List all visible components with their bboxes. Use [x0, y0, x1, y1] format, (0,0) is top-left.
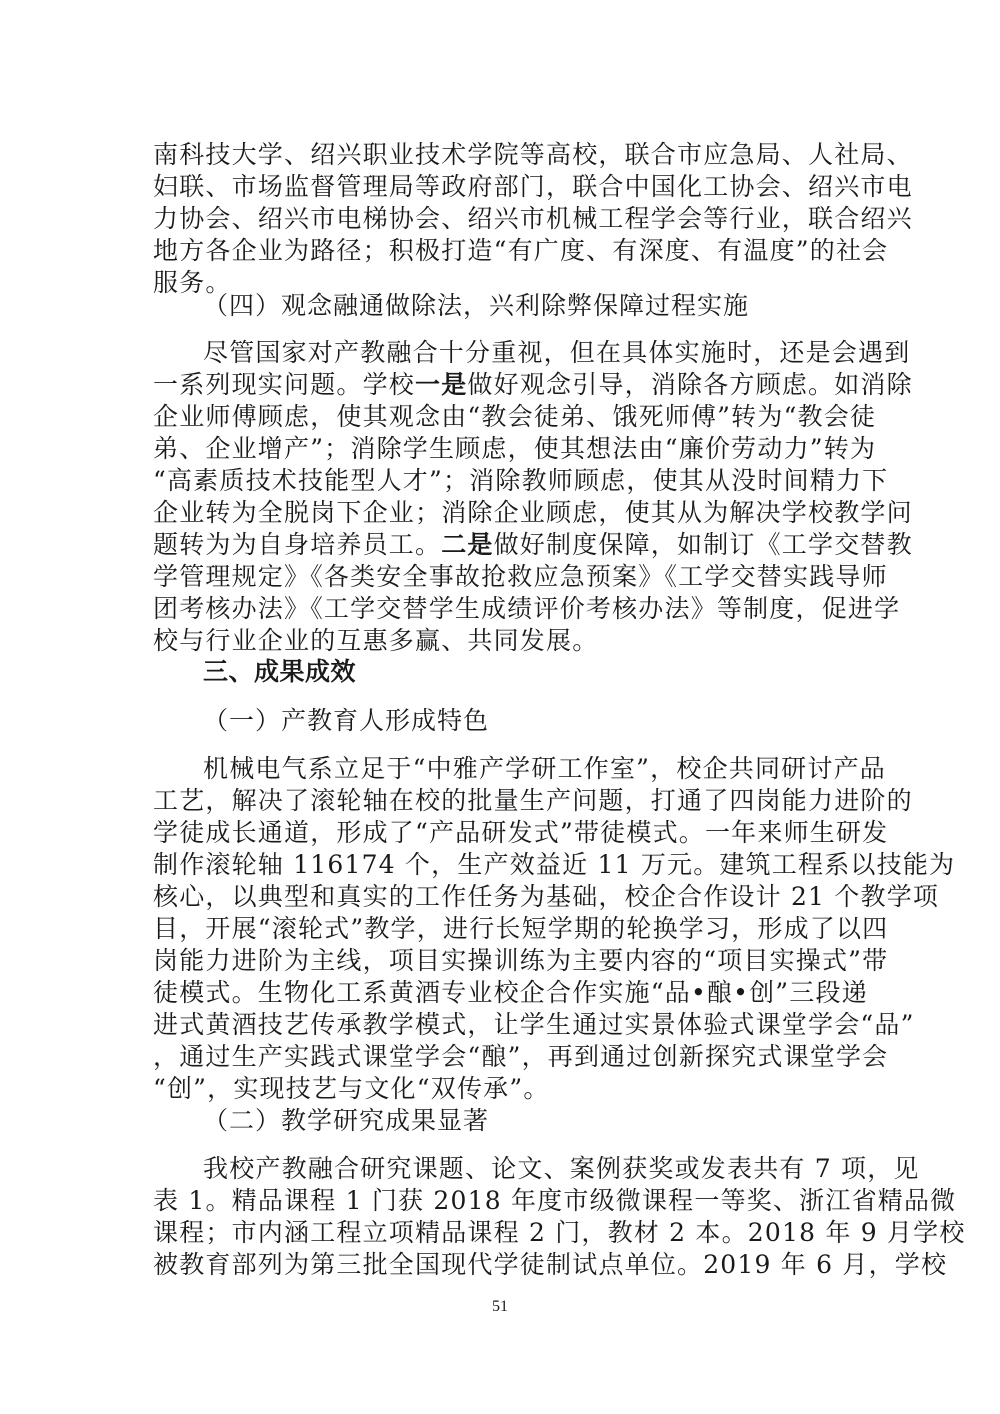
- bold-span: 二是: [441, 530, 493, 559]
- text-line: 题转为为自身培养员工。二是做好制度保障，如制订《工学交替教: [153, 529, 833, 561]
- text-line: 地方各企业为路径；积极打造“有广度、有深度、有温度”的社会: [153, 235, 833, 267]
- text-line: 尽管国家对产教融合十分重视，但在具体实施时，还是会遇到: [203, 337, 833, 369]
- document-page: 南科技大学、绍兴职业技术学院等高校，联合市应急局、人社局、 妇联、市场监督管理局…: [0, 0, 1000, 1414]
- section-heading-3: 三、成果成效: [203, 656, 883, 688]
- bold-span: 一是: [415, 370, 467, 399]
- text-line: ，通过生产实践式课堂学会“酿”，再到通过创新探究式课堂学会: [153, 1041, 833, 1073]
- text-line: 南科技大学、绍兴职业技术学院等高校，联合市应急局、人社局、: [153, 139, 833, 171]
- subsection-heading-4: （四）观念融通做除法，兴利除弊保障过程实施: [203, 290, 883, 322]
- text-line: 岗能力进阶为主线，项目实操训练为主要内容的“项目实操式”带: [153, 945, 833, 977]
- page-number: 51: [0, 1298, 1000, 1316]
- text-line: 校与行业企业的互惠多赢、共同发展。: [153, 625, 833, 657]
- text-line: 工艺，解决了滚轮轴在校的批量生产问题，打通了四岗能力进阶的: [153, 785, 833, 817]
- text-line: 徒模式。生物化工系黄酒专业校企合作实施“品•酿•创”三段递: [153, 977, 833, 1009]
- text-line: 目，开展“滚轮式”教学，进行长短学期的轮换学习，形成了以四: [153, 913, 833, 945]
- text-line: 我校产教融合研究课题、论文、案例获奖或发表共有 7 项，见: [203, 1153, 833, 1185]
- text-line: 妇联、市场监督管理局等政府部门，联合中国化工协会、绍兴市电: [153, 171, 833, 203]
- text-line: 进式黄酒技艺传承教学模式，让学生通过实景体验式课堂学会“品”: [153, 1009, 833, 1041]
- text-line: 制作滚轮轴 116174 个，生产效益近 11 万元。建筑工程系以技能为: [153, 849, 833, 881]
- text-line: 学徒成长通道，形成了“产品研发式”带徒模式。一年来师生研发: [153, 817, 833, 849]
- text-line: 企业转为全脱岗下企业；消除企业顾虑，使其从为解决学校教学问: [153, 497, 833, 529]
- text-line: 学管理规定》《各类安全事故抢救应急预案》《工学交替实践导师: [153, 561, 833, 593]
- text-line: 弟、企业增产”；消除学生顾虑，使其想法由“廉价劳动力”转为: [153, 433, 833, 465]
- text-span: 做好制度保障，如制订《工学交替教: [494, 530, 913, 559]
- text-span: 题转为为自身培养员工。: [153, 530, 441, 559]
- text-line: “创”，实现技艺与文化“双传承”。: [153, 1073, 833, 1105]
- text-span: 做好观念引导，消除各方顾虑。如消除: [467, 370, 912, 399]
- text-line: “高素质技术技能型人才”；消除教师顾虑，使其从没时间精力下: [153, 465, 833, 497]
- text-line: 团考核办法》《工学交替学生成绩评价考核办法》等制度，促进学: [153, 593, 833, 625]
- text-line: 被教育部列为第三批全国现代学徒制试点单位。2019 年 6 月，学校: [153, 1249, 833, 1281]
- text-line: 课程；市内涵工程立项精品课程 2 门，教材 2 本。2018 年 9 月学校: [153, 1217, 833, 1249]
- text-line: 核心，以典型和真实的工作任务为基础，校企合作设计 21 个教学项: [153, 881, 833, 913]
- subsection-heading-3-2: （二）教学研究成果显著: [203, 1105, 883, 1137]
- text-line: 一系列现实问题。学校一是做好观念引导，消除各方顾虑。如消除: [153, 369, 833, 401]
- text-line: 企业师傅顾虑，使其观念由“教会徒弟、饿死师傅”转为“教会徒: [153, 401, 833, 433]
- text-line: 表 1。精品课程 1 门获 2018 年度市级微课程一等奖、浙江省精品微: [153, 1185, 833, 1217]
- subsection-heading-3-1: （一）产教育人形成特色: [203, 705, 883, 737]
- text-line: 机械电气系立足于“中雅产学研工作室”，校企共同研讨产品: [203, 753, 833, 785]
- text-span: 一系列现实问题。学校: [153, 370, 415, 399]
- text-line: 力协会、绍兴市电梯协会、绍兴市机械工程学会等行业，联合绍兴: [153, 203, 833, 235]
